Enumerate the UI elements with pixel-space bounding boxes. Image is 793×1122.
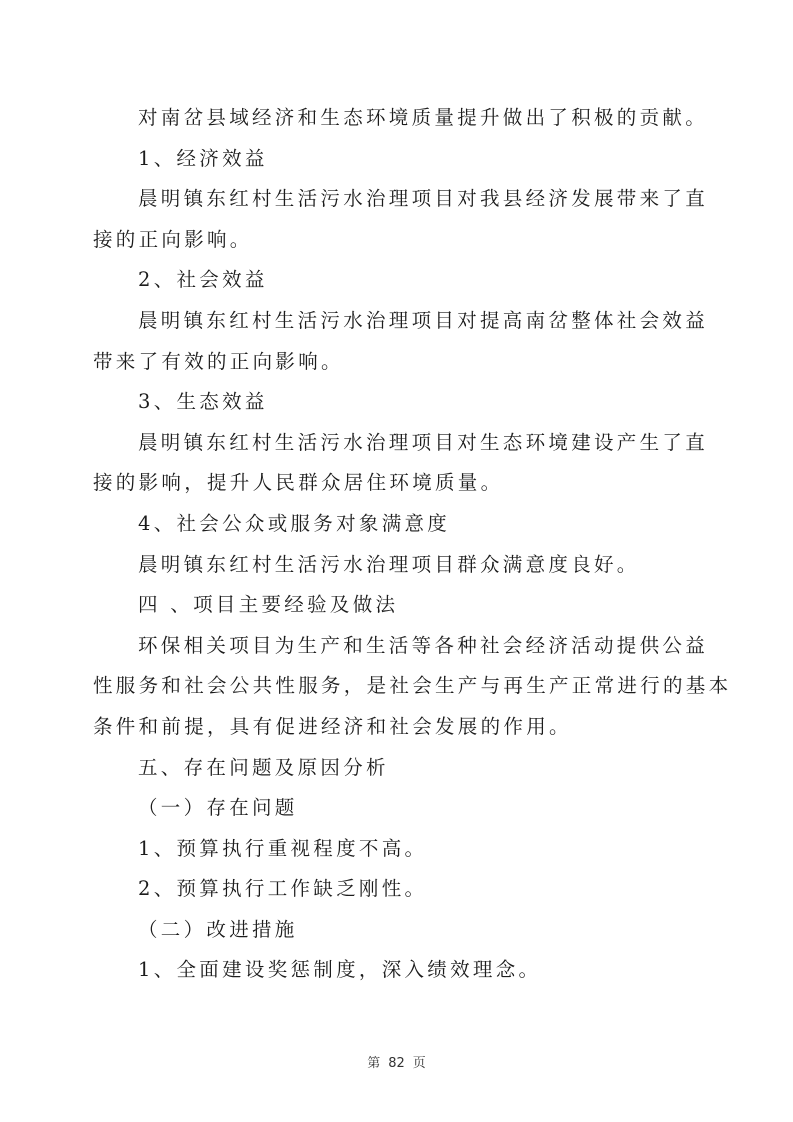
paragraph-line: 接的影响，提升人民群众居住环境质量。 <box>93 463 693 504</box>
section-heading-social-benefit: 2、社会效益 <box>93 260 693 301</box>
document-body: 对南岔县域经济和生态环境质量提升做出了积极的贡献。 1、经济效益 晨明镇东红村生… <box>93 98 693 991</box>
section-heading-problems-analysis: 五、存在问题及原因分析 <box>93 748 693 789</box>
paragraph-line: 晨明镇东红村生活污水治理项目对我县经济发展带来了直 <box>93 179 693 220</box>
list-item: 2、预算执行工作缺乏刚性。 <box>93 869 693 910</box>
page-number-suffix: 页 <box>413 1056 426 1071</box>
list-item: 1、预算执行重视程度不高。 <box>93 829 693 870</box>
page-footer: 第82页 <box>0 1052 793 1071</box>
paragraph-line: 性服务和社会公共性服务，是社会生产与再生产正常进行的基本 <box>93 666 693 707</box>
subsection-heading-improvements: （二）改进措施 <box>93 910 693 951</box>
list-item: 1、全面建设奖惩制度，深入绩效理念。 <box>93 950 693 991</box>
section-heading-satisfaction: 4、社会公众或服务对象满意度 <box>93 504 693 545</box>
section-heading-economic-benefit: 1、经济效益 <box>93 139 693 180</box>
paragraph-line: 对南岔县域经济和生态环境质量提升做出了积极的贡献。 <box>93 98 693 139</box>
section-heading-ecological-benefit: 3、生态效益 <box>93 382 693 423</box>
document-page: 对南岔县域经济和生态环境质量提升做出了积极的贡献。 1、经济效益 晨明镇东红村生… <box>0 0 793 1122</box>
section-heading-experience: 四 、项目主要经验及做法 <box>93 585 693 626</box>
page-number-prefix: 第 <box>367 1056 380 1071</box>
paragraph-line: 带来了有效的正向影响。 <box>93 342 693 383</box>
paragraph-line: 晨明镇东红村生活污水治理项目对提高南岔整体社会效益 <box>93 301 693 342</box>
paragraph-line: 环保相关项目为生产和生活等各种社会经济活动提供公益 <box>93 626 693 667</box>
subsection-heading-problems: （一）存在问题 <box>93 788 693 829</box>
paragraph-line: 晨明镇东红村生活污水治理项目群众满意度良好。 <box>93 545 693 586</box>
paragraph-line: 晨明镇东红村生活污水治理项目对生态环境建设产生了直 <box>93 423 693 464</box>
paragraph-line: 条件和前提，具有促进经济和社会发展的作用。 <box>93 707 693 748</box>
page-number: 82 <box>388 1056 405 1071</box>
paragraph-line: 接的正向影响。 <box>93 220 693 261</box>
